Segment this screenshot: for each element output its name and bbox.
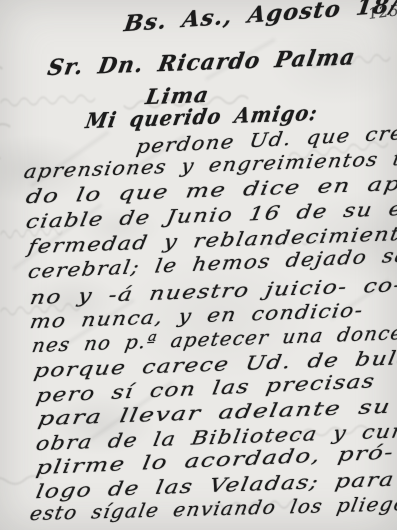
letter-dateline: Bs. As., Agosto 18/91 (122, 0, 397, 38)
letter-recipient: Sr. Dn. Ricardo Palma (46, 45, 358, 81)
ghost-writing-stroke (0, 62, 3, 89)
ghost-writing-stroke (0, 152, 1, 178)
scanned-letter-page: 125 Bs. As., Agosto 18/91 Sr. Dn. Ricard… (0, 0, 397, 530)
ghost-writing-stroke (0, 120, 11, 146)
ghost-writing-stroke (0, 91, 96, 110)
